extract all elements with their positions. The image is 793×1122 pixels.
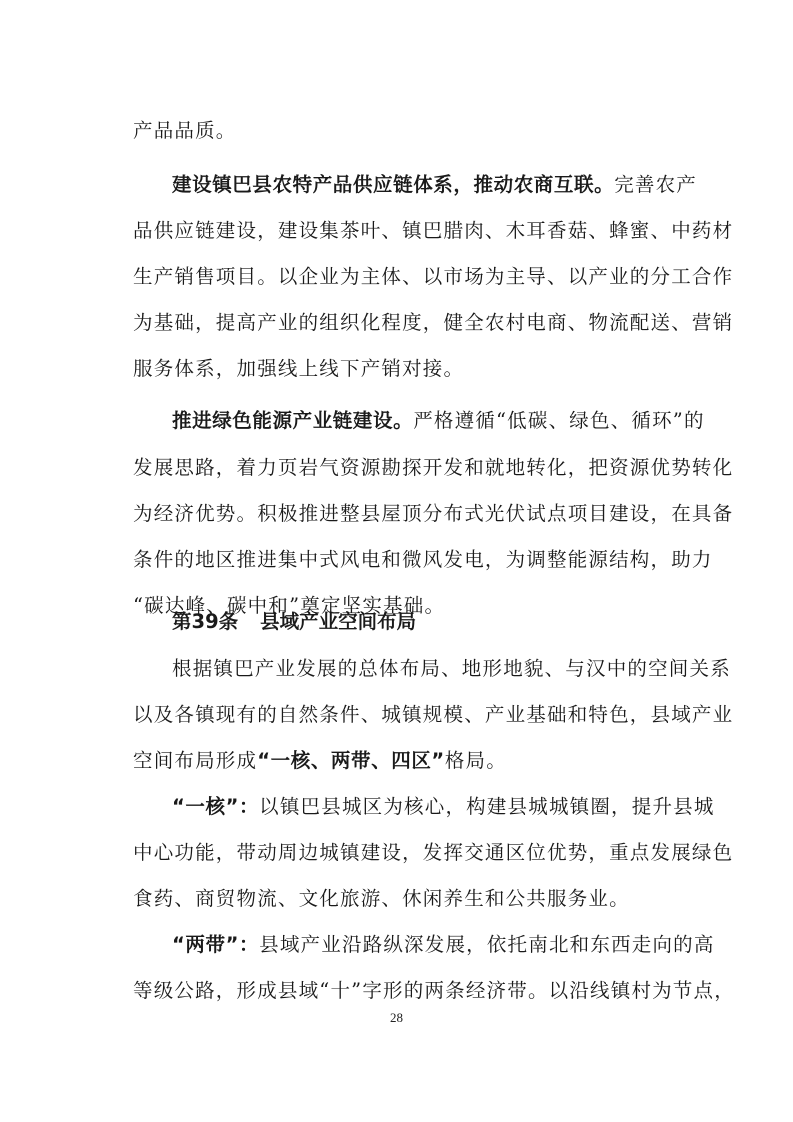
paragraph-text: 县域产业沿路纵深发展，依托南北和东西走向的高 <box>259 933 714 956</box>
paragraph-line: 服务体系，加强线上线下产销对接。 <box>133 357 663 381</box>
bold-lead: “两带”： <box>172 933 259 956</box>
paragraph-line: 生产销售项目。以企业为主体、以市场为主导、以产业的分工合作 <box>133 265 663 289</box>
paragraph-line: 条件的地区推进集中式风电和微风发电，为调整能源结构，助力 <box>133 548 663 572</box>
article-number: 第39条 <box>172 610 238 633</box>
paragraph-line: “两带”：县域产业沿路纵深发展，依托南北和东西走向的高 <box>172 933 663 957</box>
bold-lead: “一核”： <box>172 795 259 818</box>
paragraph-text: 以镇巴县城区为核心，构建县城城镇圈，提升县城 <box>259 795 714 818</box>
paragraph-line: 产品品质。 <box>133 119 663 143</box>
bold-lead: 建设镇巴县农特产品供应链体系，推动农商互联。 <box>172 173 614 196</box>
page-number: 28 <box>0 1010 793 1026</box>
paragraph-line: “一核”：以镇巴县城区为核心，构建县城城镇圈，提升县城 <box>172 795 663 819</box>
paragraph-line: 空间布局形成“一核、两带、四区”格局。 <box>133 749 663 773</box>
paragraph-line: 为经济优势。积极推进整县屋顶分布式光伏试点项目建设，在具备 <box>133 502 663 526</box>
paragraph-line: 推进绿色能源产业链建设。严格遵循“低碳、绿色、循环”的 <box>172 409 663 433</box>
paragraph-text: 完善农产 <box>614 173 697 196</box>
paragraph-line: 食药、商贸物流、文化旅游、休闲养生和公共服务业。 <box>133 887 663 911</box>
paragraph-line: 中心功能，带动周边城镇建设，发挥交通区位优势，重点发展绿色 <box>133 841 663 865</box>
paragraph-text: 格局。 <box>445 749 507 772</box>
article-title: 县域产业空间布局 <box>260 610 416 633</box>
paragraph-line: 为基础，提高产业的组织化程度，健全农村电商、物流配送、营销 <box>133 311 663 335</box>
paragraph-text: 严格遵循“低碳、绿色、循环”的 <box>413 409 704 432</box>
paragraph-line: 建设镇巴县农特产品供应链体系，推动农商互联。完善农产 <box>172 173 663 197</box>
paragraph-line: 品供应链建设，建设集茶叶、镇巴腊肉、木耳香菇、蜂蜜、中药材 <box>133 219 663 243</box>
paragraph-line: 以及各镇现有的自然条件、城镇规模、产业基础和特色，县域产业 <box>133 703 663 727</box>
document-page: 产品品质。 建设镇巴县农特产品供应链体系，推动农商互联。完善农产 品供应链建设，… <box>0 0 793 1122</box>
article-heading: 第39条县域产业空间布局 <box>172 610 416 634</box>
bold-inline: “一核、两带、四区” <box>257 749 445 772</box>
paragraph-line: 发展思路，着力页岩气资源勘探开发和就地转化，把资源优势转化 <box>133 456 663 480</box>
paragraph-line: 根据镇巴产业发展的总体布局、地形地貌、与汉中的空间关系 <box>172 657 663 681</box>
bold-lead: 推进绿色能源产业链建设。 <box>172 409 413 432</box>
paragraph-text: 空间布局形成 <box>133 749 257 772</box>
paragraph-line: 等级公路，形成县域“十”字形的两条经济带。以沿线镇村为节点， <box>133 979 663 1003</box>
